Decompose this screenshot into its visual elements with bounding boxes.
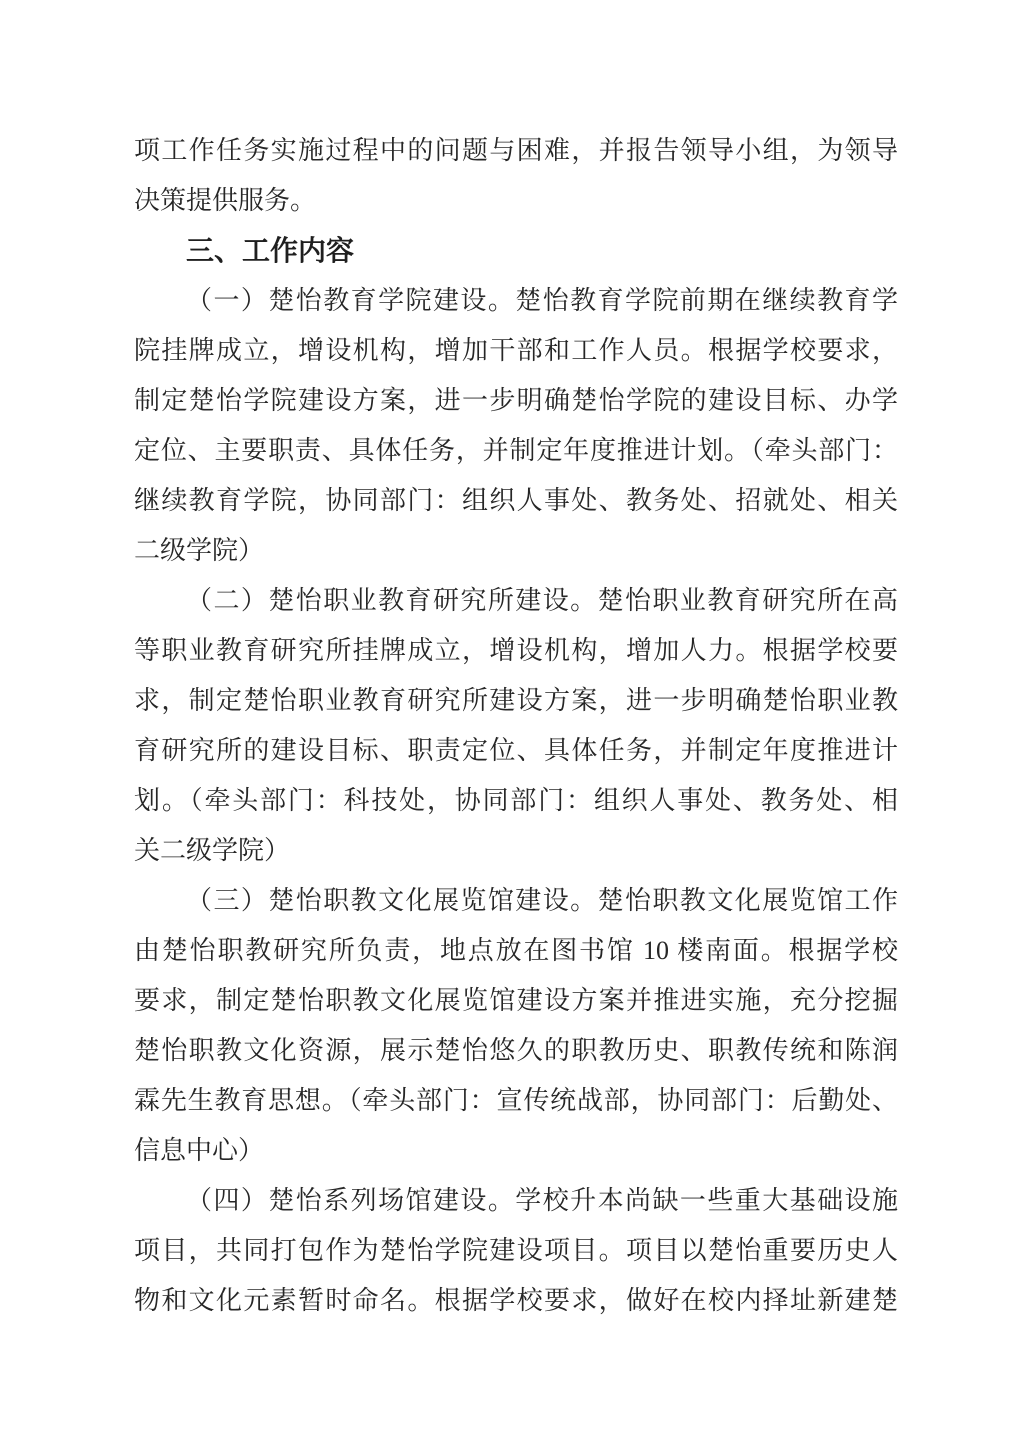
paragraph-first-line: （二）楚怡职业教育研究所建设。楚怡职业教育研究所在高 [134, 576, 898, 626]
paragraph-last-line: 决策提供服务。 [134, 176, 898, 226]
text-line: 物和文化元素暂时命名。根据学校要求，做好在校内择址新建楚 [134, 1276, 898, 1326]
paragraph-first-line: （四）楚怡系列场馆建设。学校升本尚缺一些重大基础设施 [134, 1176, 898, 1226]
document-text-block: 项工作任务实施过程中的问题与困难，并报告领导小组，为领导 决策提供服务。 三、工… [134, 126, 898, 1326]
text-line: 由楚怡职教研究所负责，地点放在图书馆 10 楼南面。根据学校 [134, 926, 898, 976]
text-line: 划。（牵头部门：科技处，协同部门：组织人事处、教务处、相 [134, 776, 898, 826]
text-line: 要求，制定楚怡职教文化展览馆建设方案并推进实施，充分挖掘 [134, 976, 898, 1026]
text-line: 等职业教育研究所挂牌成立，增设机构，增加人力。根据学校要 [134, 626, 898, 676]
document-page: 项工作任务实施过程中的问题与困难，并报告领导小组，为领导 决策提供服务。 三、工… [0, 0, 1024, 1448]
text-line: 求，制定楚怡职业教育研究所建设方案，进一步明确楚怡职业教 [134, 676, 898, 726]
paragraph-first-line: （一）楚怡教育学院建设。楚怡教育学院前期在继续教育学 [134, 276, 898, 326]
text-line: 育研究所的建设目标、职责定位、具体任务，并制定年度推进计 [134, 726, 898, 776]
text-line: 楚怡职教文化资源，展示楚怡悠久的职教历史、职教传统和陈润 [134, 1026, 898, 1076]
text-line: 定位、主要职责、具体任务，并制定年度推进计划。（牵头部门： [134, 426, 898, 476]
paragraph-first-line: （三）楚怡职教文化展览馆建设。楚怡职教文化展览馆工作 [134, 876, 898, 926]
text-line: 院挂牌成立，增设机构，增加干部和工作人员。根据学校要求， [134, 326, 898, 376]
paragraph-last-line: 关二级学院） [134, 826, 898, 876]
text-line: 制定楚怡学院建设方案，进一步明确楚怡学院的建设目标、办学 [134, 376, 898, 426]
text-line: 项工作任务实施过程中的问题与困难，并报告领导小组，为领导 [134, 126, 898, 176]
paragraph-last-line: 二级学院） [134, 526, 898, 576]
text-line: 继续教育学院，协同部门：组织人事处、教务处、招就处、相关 [134, 476, 898, 526]
section-heading: 三、工作内容 [134, 226, 898, 276]
paragraph-last-line: 信息中心） [134, 1126, 898, 1176]
text-line: 霖先生教育思想。（牵头部门：宣传统战部，协同部门：后勤处、 [134, 1076, 898, 1126]
text-line: 项目，共同打包作为楚怡学院建设项目。项目以楚怡重要历史人 [134, 1226, 898, 1276]
